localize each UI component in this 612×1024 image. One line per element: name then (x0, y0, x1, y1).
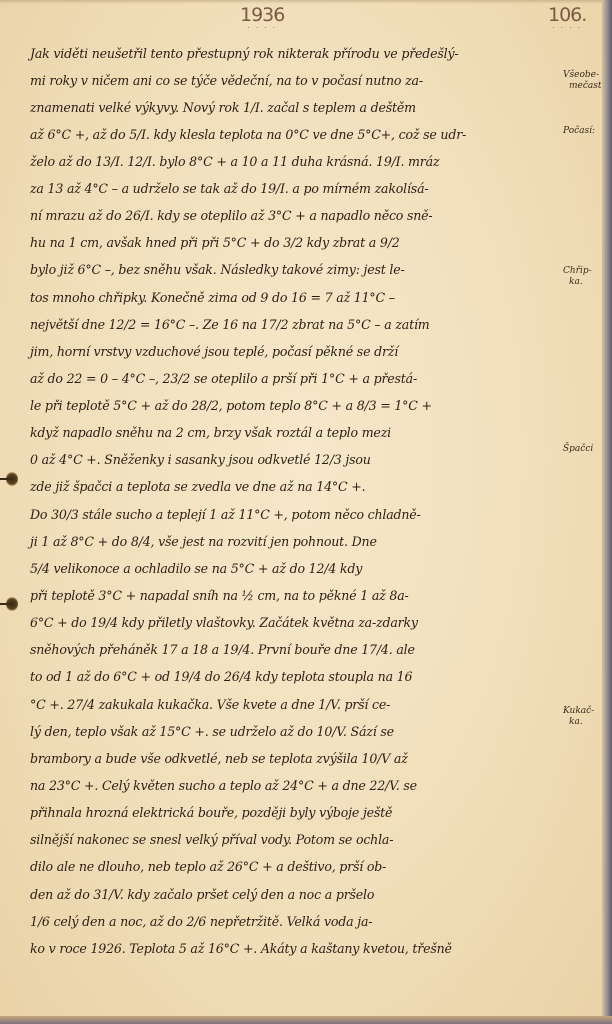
text-line: to od 1 až do 6°C + od 19/4 do 26/4 kdy … (30, 669, 555, 684)
margin-note: Všeobe- mečast (563, 70, 603, 92)
page-number: 106. · · · · (548, 4, 586, 30)
document-page: 1936 · · · · 106. · · · · Jak viděti neu… (0, 0, 602, 1016)
text-line: bylo již 6°C –, bez sněhu však. Následky… (30, 262, 555, 277)
binding-hole (6, 472, 18, 486)
page-edge-right (602, 0, 612, 1024)
text-line: ko v roce 1926. Teplota 5 až 16°C +. Aká… (30, 941, 555, 956)
text-line: lý den, teplo však až 15°C +. se udrželo… (30, 724, 555, 739)
text-line: při teplotě 3°C + napadal sníh na ½ cm, … (30, 588, 555, 603)
text-line: le při teplotě 5°C + až do 28/2, potom t… (30, 398, 555, 413)
page-top-shadow (0, 0, 602, 4)
text-line: sněhových přeháněk 17 a 18 a 19/4. První… (30, 642, 555, 657)
text-line: hu na 1 cm, avšak hned při při 5°C + do … (30, 235, 555, 250)
text-line: °C +. 27/4 zakukala kukačka. Vše kvete a… (30, 697, 555, 712)
text-line: silnější nakonec se snesl velký příval v… (30, 832, 555, 847)
text-line: mi roky v ničem ani co se týče vědeční, … (30, 73, 555, 88)
margin-note: Špačci (563, 444, 603, 455)
text-line: až 6°C +, až do 5/I. kdy klesla teplota … (30, 127, 555, 142)
margin-note: Chřip- ka. (563, 266, 603, 288)
text-line: tos mnoho chřipky. Konečně zima od 9 do … (30, 290, 555, 305)
binding-hole (6, 597, 18, 611)
text-line: želo až do 13/I. 12/I. bylo 8°C + a 10 a… (30, 154, 555, 169)
text-line: ji 1 až 8°C + do 8/4, vše jest na rozvit… (30, 534, 555, 549)
text-line: 5/4 velikonoce a ochladilo se na 5°C + a… (30, 561, 555, 576)
text-line: až do 22 = 0 – 4°C –, 23/2 se oteplilo a… (30, 371, 555, 386)
text-line: Jak viděti neušetřil tento přestupný rok… (30, 46, 555, 61)
text-line: jim, horní vrstvy vzduchové jsou teplé, … (30, 344, 555, 359)
text-line: den až do 31/V. kdy začalo pršet celý de… (30, 887, 555, 902)
text-line: největší dne 12/2 = 16°C –. Ze 16 na 17/… (30, 317, 555, 332)
margin-note: Počasí: (563, 126, 603, 137)
text-line: na 23°C +. Celý květen sucho a teplo až … (30, 778, 555, 793)
text-line: zde již špačci a teplota se zvedla ve dn… (30, 479, 555, 494)
text-line: 1/6 celý den a noc, až do 2/6 nepřetržit… (30, 914, 555, 929)
text-line: 0 až 4°C +. Sněženky i sasanky jsou odkv… (30, 452, 555, 467)
text-line: za 13 až 4°C – a udrželo se tak až do 19… (30, 181, 555, 196)
text-line: dilo ale ne dlouho, neb teplo až 26°C + … (30, 859, 555, 874)
margin-note: Kukač- ka. (563, 706, 603, 728)
text-line: přihnala hrozná elektrická bouře, pozděj… (30, 805, 555, 820)
page-year: 1936 · · · · (240, 4, 284, 30)
text-line: 6°C + do 19/4 kdy přiletly vlaštovky. Za… (30, 615, 555, 630)
text-line: znamenati velké výkyvy. Nový rok 1/I. za… (30, 100, 555, 115)
text-line: Do 30/3 stále sucho a teplejí 1 až 11°C … (30, 507, 555, 522)
text-line: brambory a bude vše odkvetlé, neb se tep… (30, 751, 555, 766)
page-edge-bottom (0, 1016, 612, 1024)
text-line: ní mrazu až do 26/I. kdy se oteplilo až … (30, 208, 555, 223)
text-line: když napadlo sněhu na 2 cm, brzy však ro… (30, 425, 555, 440)
